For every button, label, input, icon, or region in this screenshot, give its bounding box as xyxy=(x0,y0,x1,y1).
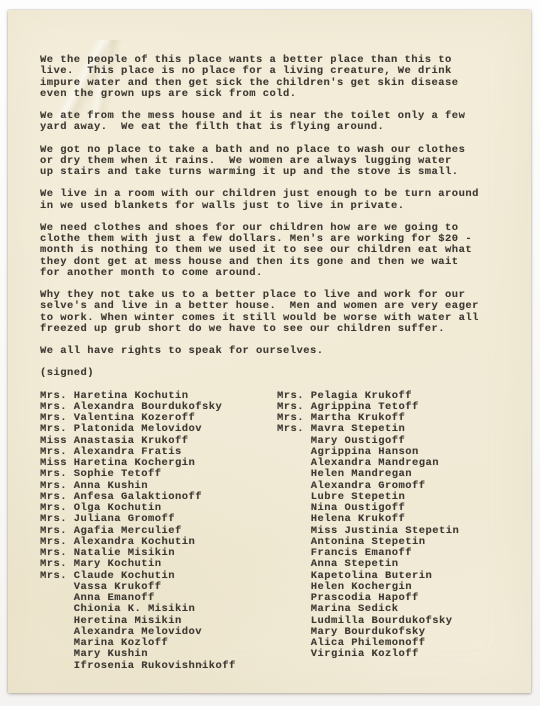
signature-name: Anna Stepetin xyxy=(277,559,459,570)
petition-paragraph: We ate from the mess house and it is nea… xyxy=(40,111,510,134)
petition-paragraph: We the people of this place wants a bett… xyxy=(40,55,510,100)
signature-name: Chionia K. Misikin xyxy=(40,604,236,615)
signature-name: Mrs. Platonida Melovidov xyxy=(40,424,236,435)
signature-column-left: Mrs. Haretina KochutinMrs. Alexandra Bou… xyxy=(40,391,236,672)
signature-name: Mrs. Sophie Tetoff xyxy=(40,469,236,480)
signature-name: Mrs. Juliana Gromoff xyxy=(40,514,236,525)
signature-column-right: Mrs. Pelagia KrukoffMrs. Agrippina Tetof… xyxy=(277,391,459,661)
signed-label: (signed) xyxy=(40,368,510,379)
petition-paragraph: Why they not take us to a better place t… xyxy=(40,290,510,335)
signature-name: Helena Krukoff xyxy=(277,514,459,525)
signature-name: Mrs. Mary Kochutin xyxy=(40,559,236,570)
signature-name: Ifrosenia Rukovishnikoff xyxy=(40,661,236,672)
petition-paragraph: We need clothes and shoes for our childr… xyxy=(40,223,510,279)
signature-name: Mrs. Mavra Stepetin xyxy=(277,424,459,435)
petition-paragraph: We all have rights to speak for ourselve… xyxy=(40,346,510,357)
petition-body: We the people of this place wants a bett… xyxy=(40,55,510,357)
document-page: We the people of this place wants a bett… xyxy=(8,10,531,693)
petition-paragraph: We live in a room with our children just… xyxy=(40,189,510,212)
signature-name: Helen Mandregan xyxy=(277,469,459,480)
signature-name: Marina Sedick xyxy=(277,604,459,615)
signature-name: Mary Kushin xyxy=(40,649,236,660)
scan-background: We the people of this place wants a bett… xyxy=(0,0,540,706)
signature-name: Virginia Kozloff xyxy=(277,649,459,660)
petition-paragraph: We got no place to take a bath and no pl… xyxy=(40,145,510,179)
petition-content: We the people of this place wants a bett… xyxy=(40,55,510,391)
